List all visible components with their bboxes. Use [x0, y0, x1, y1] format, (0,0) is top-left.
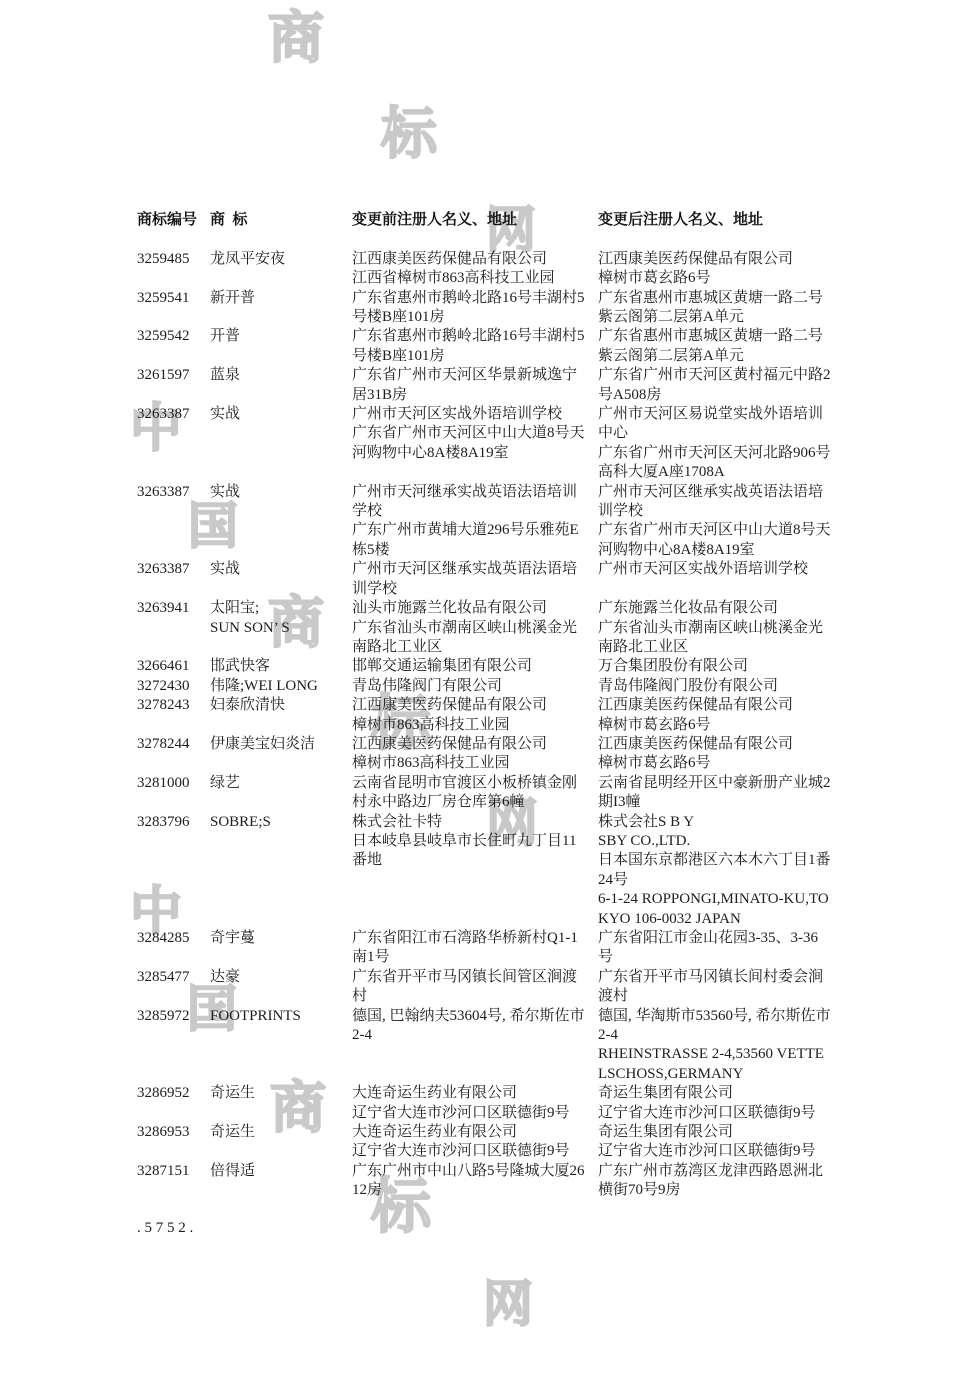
- trademark-number: 3286952: [137, 1084, 210, 1123]
- registrant-after: 万合集团股份有限公司: [598, 657, 831, 676]
- table-row: 3286953奇运生大连奇运生药业有限公司辽宁省大连市沙河口区联德街9号奇运生集…: [137, 1123, 831, 1162]
- registrant-before-line: 株式会社卡特: [352, 813, 585, 832]
- trademark-number: 3285477: [137, 968, 210, 1007]
- trademark-number: 3283796: [137, 813, 210, 929]
- registrant-before: 广东省惠州市鹅岭北路16号丰湖村5号楼B座101房: [352, 327, 598, 366]
- trademark-name: 倍得适: [210, 1162, 352, 1201]
- registrant-before: 广东省惠州市鹅岭北路16号丰湖村5号楼B座101房: [352, 289, 598, 328]
- registrant-after-line: RHEINSTRASSE 2-4,53560 VETTELSCHOSS,GERM…: [598, 1045, 831, 1084]
- trademark-name-line: 伊康美宝妇炎洁: [210, 735, 344, 754]
- registrant-after-line: 广东省阳江市金山花园3-35、3-36号: [598, 929, 831, 968]
- trademark-name: 奇运生: [210, 1084, 352, 1123]
- trademark-name-line: 邯武快客: [210, 657, 344, 676]
- registrant-after-line: 株式会社S B Y: [598, 813, 831, 832]
- registrant-after: 广东省广州市天河区黄村福元中路2号A508房: [598, 366, 831, 405]
- trademark-number: 3286953: [137, 1123, 210, 1162]
- registrant-after-line: 万合集团股份有限公司: [598, 657, 831, 676]
- registrant-after-line: 江西康美医药保健品有限公司: [598, 250, 831, 269]
- table-row: 3285972FOOTPRINTS德国, 巴翰纳夫53604号, 希尔斯佐市2-…: [137, 1007, 831, 1085]
- registrant-before: 江西康美医药保健品有限公司江西省樟树市863高科技工业园: [352, 250, 598, 289]
- registrant-before-line: 广州市天河继承实战英语法语培训学校: [352, 483, 585, 522]
- trademark-name: SOBRE;S: [210, 813, 352, 929]
- table-row: 3263387实战广州市天河区实战外语培训学校广东省广州市天河区中山大道8号天河…: [137, 405, 831, 483]
- registrant-before: 江西康美医药保健品有限公司樟树市863高科技工业园: [352, 735, 598, 774]
- registrant-after: 广东省开平市马冈镇长间村委会涧渡村: [598, 968, 831, 1007]
- registrant-after: 云南省昆明经开区中豪新册产业城2期I3幢: [598, 774, 831, 813]
- registrant-before: 大连奇运生药业有限公司辽宁省大连市沙河口区联德街9号: [352, 1123, 598, 1162]
- registrant-before: 德国, 巴翰纳夫53604号, 希尔斯佐市2-4: [352, 1007, 598, 1085]
- registrant-after: 广州市天河区继承实战英语法语培训学校广东省广州市天河区中山大道8号天河购物中心8…: [598, 483, 831, 561]
- trademark-name: 实战: [210, 483, 352, 561]
- registrant-after: 奇运生集团有限公司辽宁省大连市沙河口区联德街9号: [598, 1123, 831, 1162]
- registrant-after-line: 广东广州市荔湾区龙津西路恩洲北横街70号9房: [598, 1162, 831, 1201]
- trademark-number: 3287151: [137, 1162, 210, 1201]
- trademark-name: 绿艺: [210, 774, 352, 813]
- registrant-after: 德国, 华淘斯市53560号, 希尔斯佐市2-4RHEINSTRASSE 2-4…: [598, 1007, 831, 1085]
- registrant-before-line: 江西省樟树市863高科技工业园: [352, 269, 585, 288]
- table-header-row: 商标编号 商 标 变更前注册人名义、地址 变更后注册人名义、地址: [137, 211, 831, 230]
- trademark-name: FOOTPRINTS: [210, 1007, 352, 1085]
- table-body: 3259485龙凤平安夜江西康美医药保健品有限公司江西省樟树市863高科技工业园…: [137, 250, 831, 1201]
- registrant-before-line: 江西康美医药保健品有限公司: [352, 696, 585, 715]
- registrant-after-line: 樟树市葛玄路6号: [598, 754, 831, 773]
- trademark-number: 3263387: [137, 483, 210, 561]
- registrant-before: 青岛伟隆阀门有限公司: [352, 677, 598, 696]
- trademark-name-line: 妇泰欣清快: [210, 696, 344, 715]
- trademark-number: 3263387: [137, 560, 210, 599]
- registrant-after-line: 江西康美医药保健品有限公司: [598, 696, 831, 715]
- column-header-registrant-after: 变更后注册人名义、地址: [598, 211, 831, 230]
- registrant-after-line: 云南省昆明经开区中豪新册产业城2期I3幢: [598, 774, 831, 813]
- trademark-name-line: 实战: [210, 483, 344, 502]
- trademark-name: 太阳宝;SUN SON’ S: [210, 599, 352, 657]
- registrant-before-line: 广东省开平市马冈镇长间管区涧渡村: [352, 968, 585, 1007]
- table-row: 3285477达豪广东省开平市马冈镇长间管区涧渡村广东省开平市马冈镇长间村委会涧…: [137, 968, 831, 1007]
- table-row: 3266461邯武快客邯郸交通运输集团有限公司万合集团股份有限公司: [137, 657, 831, 676]
- registrant-before-line: 日本岐阜县岐阜市长住町九丁目11番地: [352, 832, 585, 871]
- trademark-name-line: SUN SON’ S: [210, 619, 344, 638]
- table-row: 3284285奇宇蔓广东省阳江市石湾路华桥新村Q1-1南1号广东省阳江市金山花园…: [137, 929, 831, 968]
- registrant-before-line: 辽宁省大连市沙河口区联德街9号: [352, 1142, 585, 1161]
- registrant-before-line: 广东省汕头市潮南区峡山桃溪金光南路北工业区: [352, 619, 585, 658]
- trademark-number: 3266461: [137, 657, 210, 676]
- registrant-after-line: 奇运生集团有限公司: [598, 1123, 831, 1142]
- trademark-name-line: 开普: [210, 327, 344, 346]
- table-row: 3272430伟隆;WEI LONG青岛伟隆阀门有限公司青岛伟隆阀门股份有限公司: [137, 677, 831, 696]
- registrant-after-line: 广州市天河区继承实战英语法语培训学校: [598, 483, 831, 522]
- registrant-after-line: 广州市天河区实战外语培训学校: [598, 560, 831, 579]
- watermark-char: 商: [268, 11, 324, 67]
- table-row: 3263387实战广州市天河区继承实战英语法语培训学校广州市天河区实战外语培训学…: [137, 560, 831, 599]
- registrant-before: 广东省开平市马冈镇长间管区涧渡村: [352, 968, 598, 1007]
- trademark-name-line: 绿艺: [210, 774, 344, 793]
- table-row: 3263387实战广州市天河继承实战英语法语培训学校广东广州市黄埔大道296号乐…: [137, 483, 831, 561]
- table-row: 3287151倍得适广东广州市中山八路5号隆城大厦2612房广东广州市荔湾区龙津…: [137, 1162, 831, 1201]
- table-row: 3278243妇泰欣清快江西康美医药保健品有限公司樟树市863高科技工业园江西康…: [137, 696, 831, 735]
- registrant-before-line: 广东省阳江市石湾路华桥新村Q1-1南1号: [352, 929, 585, 968]
- trademark-number: 3278244: [137, 735, 210, 774]
- registrant-before-line: 广东省惠州市鹅岭北路16号丰湖村5号楼B座101房: [352, 289, 585, 328]
- trademark-name: 奇宇蔓: [210, 929, 352, 968]
- registrant-before: 广东广州市中山八路5号隆城大厦2612房: [352, 1162, 598, 1201]
- registrant-after-line: 樟树市葛玄路6号: [598, 716, 831, 735]
- table-row: 3261597蓝泉广东省广州市天河区华景新城逸宁居31B房广东省广州市天河区黄村…: [137, 366, 831, 405]
- registrant-after: 广州市天河区易说堂实战外语培训中心广东省广州市天河区天河北路906号高科大厦A座…: [598, 405, 831, 483]
- trademark-number: 3285972: [137, 1007, 210, 1085]
- registrant-before: 广州市天河区继承实战英语法语培训学校: [352, 560, 598, 599]
- trademark-name: 达豪: [210, 968, 352, 1007]
- registrant-before-line: 汕头市施露兰化妆品有限公司: [352, 599, 585, 618]
- trademark-number: 3261597: [137, 366, 210, 405]
- registrant-after: 株式会社S B YSBY CO.,LTD.日本国东京都港区六本木六丁目1番24号…: [598, 813, 831, 929]
- registrant-after-line: 广东省惠州市惠城区黄塘一路二号紫云阁第二层第A单元: [598, 327, 831, 366]
- registrant-after: 江西康美医药保健品有限公司樟树市葛玄路6号: [598, 696, 831, 735]
- registrant-after-line: 辽宁省大连市沙河口区联德街9号: [598, 1142, 831, 1161]
- registrant-before: 广东省广州市天河区华景新城逸宁居31B房: [352, 366, 598, 405]
- registrant-before-line: 云南省昆明市官渡区小板桥镇金刚村永中路边厂房仓库第6幢: [352, 774, 585, 813]
- table-row: 3283796SOBRE;S株式会社卡特日本岐阜县岐阜市长住町九丁目11番地株式…: [137, 813, 831, 929]
- trademark-name: 伊康美宝妇炎洁: [210, 735, 352, 774]
- registrant-after-line: 德国, 华淘斯市53560号, 希尔斯佐市2-4: [598, 1007, 831, 1046]
- column-header-trademark: 商 标: [210, 211, 352, 230]
- trademark-name-line: 伟隆;WEI LONG: [210, 677, 344, 696]
- registrant-before-line: 广东省广州市天河区华景新城逸宁居31B房: [352, 366, 585, 405]
- trademark-number: 3259542: [137, 327, 210, 366]
- trademark-number: 3263387: [137, 405, 210, 483]
- table-row: 3263941太阳宝;SUN SON’ S汕头市施露兰化妆品有限公司广东省汕头市…: [137, 599, 831, 657]
- registrant-after: 青岛伟隆阀门股份有限公司: [598, 677, 831, 696]
- trademark-name: 奇运生: [210, 1123, 352, 1162]
- trademark-number: 3272430: [137, 677, 210, 696]
- trademark-name-line: 奇运生: [210, 1123, 344, 1142]
- registrant-before: 株式会社卡特日本岐阜县岐阜市长住町九丁目11番地: [352, 813, 598, 929]
- table-row: 3281000绿艺云南省昆明市官渡区小板桥镇金刚村永中路边厂房仓库第6幢云南省昆…: [137, 774, 831, 813]
- trademark-name-line: FOOTPRINTS: [210, 1007, 344, 1026]
- registrant-after-line: 广东省广州市天河区黄村福元中路2号A508房: [598, 366, 831, 405]
- registrant-before-line: 樟树市863高科技工业园: [352, 716, 585, 735]
- trademark-number: 3284285: [137, 929, 210, 968]
- registrant-after-line: 广东省广州市天河区中山大道8号天河购物中心8A楼8A19室: [598, 521, 831, 560]
- registrant-after-line: 奇运生集团有限公司: [598, 1084, 831, 1103]
- registrant-after-line: 广东省汕头市潮南区峡山桃溪金光南路北工业区: [598, 619, 831, 658]
- registrant-after: 广东广州市荔湾区龙津西路恩洲北横街70号9房: [598, 1162, 831, 1201]
- table-row: 3259542开普广东省惠州市鹅岭北路16号丰湖村5号楼B座101房广东省惠州市…: [137, 327, 831, 366]
- trademark-number: 3281000: [137, 774, 210, 813]
- trademark-name: 蓝泉: [210, 366, 352, 405]
- registrant-before-line: 大连奇运生药业有限公司: [352, 1084, 585, 1103]
- registrant-before: 广州市天河继承实战英语法语培训学校广东广州市黄埔大道296号乐雅苑E栋5楼: [352, 483, 598, 561]
- registrant-before-line: 江西康美医药保健品有限公司: [352, 735, 585, 754]
- trademark-name-line: 达豪: [210, 968, 344, 987]
- registrant-after: 广东省阳江市金山花园3-35、3-36号: [598, 929, 831, 968]
- registrant-after-line: 广东省开平市马冈镇长间村委会涧渡村: [598, 968, 831, 1007]
- watermark-char: 网: [483, 1279, 533, 1329]
- page-number: . 5 7 5 2 .: [137, 1219, 193, 1238]
- registrant-after-line: 樟树市葛玄路6号: [598, 269, 831, 288]
- trademark-name-line: 蓝泉: [210, 366, 344, 385]
- trademark-number: 3259485: [137, 250, 210, 289]
- registrant-after-line: SBY CO.,LTD.: [598, 832, 831, 851]
- table-row: 3278244伊康美宝妇炎洁江西康美医药保健品有限公司樟树市863高科技工业园江…: [137, 735, 831, 774]
- registrant-before-line: 江西康美医药保健品有限公司: [352, 250, 585, 269]
- trademark-name: 龙凤平安夜: [210, 250, 352, 289]
- gazette-page: 商标网中国商标网中国商标网 商标编号 商 标 变更前注册人名义、地址 变更后注册…: [0, 0, 980, 1400]
- trademark-name-line: SOBRE;S: [210, 813, 344, 832]
- trademark-name: 实战: [210, 560, 352, 599]
- registrant-after-line: 江西康美医药保健品有限公司: [598, 735, 831, 754]
- registrant-after: 广东施露兰化妆品有限公司广东省汕头市潮南区峡山桃溪金光南路北工业区: [598, 599, 831, 657]
- trademark-name-line: 实战: [210, 560, 344, 579]
- registrant-before: 大连奇运生药业有限公司辽宁省大连市沙河口区联德街9号: [352, 1084, 598, 1123]
- registrant-before-line: 樟树市863高科技工业园: [352, 754, 585, 773]
- table-row: 3286952奇运生大连奇运生药业有限公司辽宁省大连市沙河口区联德街9号奇运生集…: [137, 1084, 831, 1123]
- registrant-after-line: 青岛伟隆阀门股份有限公司: [598, 677, 831, 696]
- registrant-before: 广东省阳江市石湾路华桥新村Q1-1南1号: [352, 929, 598, 968]
- trademark-name: 新开普: [210, 289, 352, 328]
- registrant-before: 云南省昆明市官渡区小板桥镇金刚村永中路边厂房仓库第6幢: [352, 774, 598, 813]
- registrant-before-line: 辽宁省大连市沙河口区联德街9号: [352, 1104, 585, 1123]
- trademark-name: 妇泰欣清快: [210, 696, 352, 735]
- registrant-after-line: 辽宁省大连市沙河口区联德街9号: [598, 1104, 831, 1123]
- trademark-name: 邯武快客: [210, 657, 352, 676]
- registrant-after-line: 广东施露兰化妆品有限公司: [598, 599, 831, 618]
- trademark-name-line: 奇宇蔓: [210, 929, 344, 948]
- trademark-name: 实战: [210, 405, 352, 483]
- table-row: 3259541新开普广东省惠州市鹅岭北路16号丰湖村5号楼B座101房广东省惠州…: [137, 289, 831, 328]
- table-row: 3259485龙凤平安夜江西康美医药保健品有限公司江西省樟树市863高科技工业园…: [137, 250, 831, 289]
- registrant-before: 汕头市施露兰化妆品有限公司广东省汕头市潮南区峡山桃溪金光南路北工业区: [352, 599, 598, 657]
- registrant-before: 广州市天河区实战外语培训学校广东省广州市天河区中山大道8号天河购物中心8A楼8A…: [352, 405, 598, 483]
- registrant-before-line: 广东省广州市天河区中山大道8号天河购物中心8A楼8A19室: [352, 424, 585, 463]
- registrant-after-line: 6-1-24 ROPPONGI,MINATO-KU,TOKYO 106-0032…: [598, 890, 831, 929]
- trademark-number: 3263941: [137, 599, 210, 657]
- column-header-registrant-before: 变更前注册人名义、地址: [352, 211, 598, 230]
- trademark-number: 3278243: [137, 696, 210, 735]
- registrant-before-line: 德国, 巴翰纳夫53604号, 希尔斯佐市2-4: [352, 1007, 585, 1046]
- registrant-after: 江西康美医药保健品有限公司樟树市葛玄路6号: [598, 250, 831, 289]
- column-header-trademark-number: 商标编号: [137, 211, 210, 230]
- registrant-before-line: 邯郸交通运输集团有限公司: [352, 657, 585, 676]
- registrant-after: 广东省惠州市惠城区黄塘一路二号紫云阁第二层第A单元: [598, 289, 831, 328]
- registrant-before-line: 广东广州市黄埔大道296号乐雅苑E栋5楼: [352, 521, 585, 560]
- trademark-name-line: 倍得适: [210, 1162, 344, 1181]
- trademark-change-table: 商标编号 商 标 变更前注册人名义、地址 变更后注册人名义、地址 3259485…: [137, 211, 831, 1201]
- registrant-before: 邯郸交通运输集团有限公司: [352, 657, 598, 676]
- trademark-number: 3259541: [137, 289, 210, 328]
- trademark-name-line: 太阳宝;: [210, 599, 344, 618]
- registrant-after-line: 广东省广州市天河区天河北路906号高科大厦A座1708A: [598, 444, 831, 483]
- trademark-name: 伟隆;WEI LONG: [210, 677, 352, 696]
- registrant-after-line: 广东省惠州市惠城区黄塘一路二号紫云阁第二层第A单元: [598, 289, 831, 328]
- registrant-before-line: 大连奇运生药业有限公司: [352, 1123, 585, 1142]
- registrant-after: 广东省惠州市惠城区黄塘一路二号紫云阁第二层第A单元: [598, 327, 831, 366]
- trademark-name-line: 实战: [210, 405, 344, 424]
- registrant-before-line: 广州市天河区实战外语培训学校: [352, 405, 585, 424]
- registrant-before-line: 广东广州市中山八路5号隆城大厦2612房: [352, 1162, 585, 1201]
- trademark-name-line: 龙凤平安夜: [210, 250, 344, 269]
- registrant-before: 江西康美医药保健品有限公司樟树市863高科技工业园: [352, 696, 598, 735]
- registrant-before-line: 青岛伟隆阀门有限公司: [352, 677, 585, 696]
- registrant-after-line: 广州市天河区易说堂实战外语培训中心: [598, 405, 831, 444]
- trademark-name-line: 新开普: [210, 289, 344, 308]
- registrant-after-line: 日本国东京都港区六本木六丁目1番24号: [598, 851, 831, 890]
- trademark-name: 开普: [210, 327, 352, 366]
- watermark-char: 标: [381, 107, 437, 163]
- trademark-name-line: 奇运生: [210, 1084, 344, 1103]
- registrant-after: 广州市天河区实战外语培训学校: [598, 560, 831, 599]
- registrant-before-line: 广东省惠州市鹅岭北路16号丰湖村5号楼B座101房: [352, 327, 585, 366]
- registrant-after: 奇运生集团有限公司辽宁省大连市沙河口区联德街9号: [598, 1084, 831, 1123]
- registrant-after: 江西康美医药保健品有限公司樟树市葛玄路6号: [598, 735, 831, 774]
- registrant-before-line: 广州市天河区继承实战英语法语培训学校: [352, 560, 585, 599]
